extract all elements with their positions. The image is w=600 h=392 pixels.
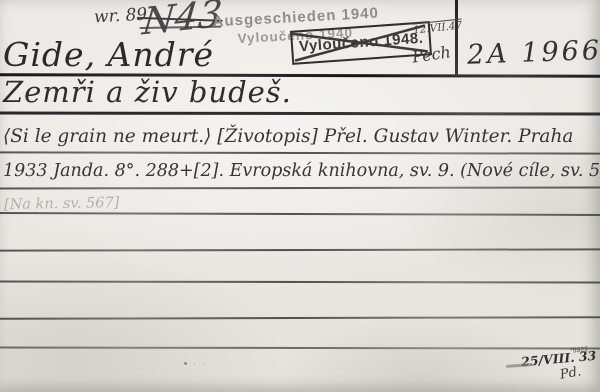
ruled-line xyxy=(0,316,600,320)
ruled-line xyxy=(0,346,600,349)
catalog-card-scan: wr. 89 N43 Ausgeschieden 1940 Vyloučeno … xyxy=(0,0,600,392)
ruled-line xyxy=(0,280,600,283)
description-line-2: 1933 Janda. 8°. 288+[2]. Evropská knihov… xyxy=(3,161,600,181)
call-number: 2A 19666 xyxy=(467,34,600,70)
pencil-note: [Na kn. sv. 567] xyxy=(4,195,120,213)
ruled-line xyxy=(0,186,600,189)
clerk-initials: Pech xyxy=(411,42,452,66)
title-line: Zemři a živ budeš. xyxy=(3,75,292,109)
ruled-line xyxy=(0,248,600,251)
vertical-divider-line xyxy=(455,0,458,76)
ink-speckles xyxy=(184,362,187,365)
accession-initials: Pd. xyxy=(559,364,582,382)
description-line-1: ⟨Si le grain ne meurt.⟩ [Životopis] Přel… xyxy=(3,126,597,147)
ruled-line xyxy=(0,151,600,154)
author-heading: Gide, André xyxy=(3,35,214,74)
ruled-line xyxy=(0,212,600,216)
ruled-line-title xyxy=(0,111,600,115)
